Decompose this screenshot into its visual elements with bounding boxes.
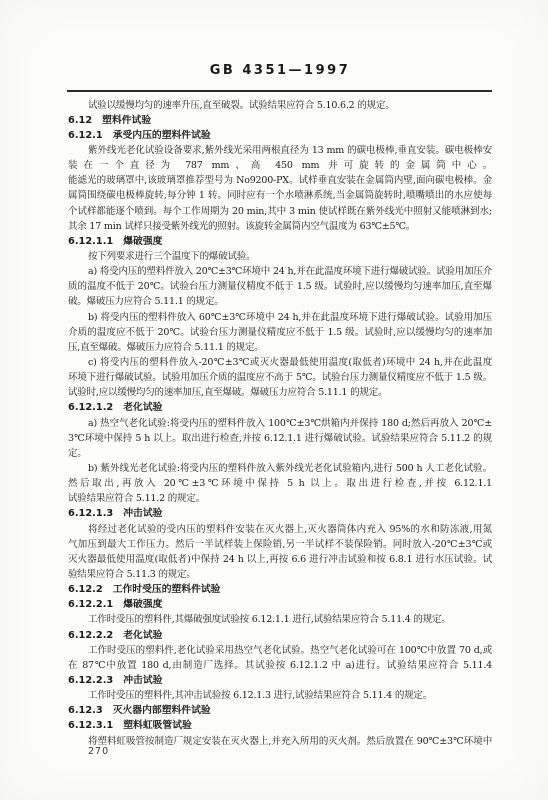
clause-number: 6.12.1.3 — [68, 508, 113, 519]
text-line: 属筒围绕碳电极棒旋转,每分钟 1 转。同时应有一个水喷淋系统,当金属筒旋转时,喷… — [68, 188, 492, 203]
text-line: 3℃环境中保持 5 h 以上。取出进行检查,并按 6.12.1.1 进行爆破试验… — [68, 431, 492, 446]
clause-heading: 6.12.1.1爆破强度 — [68, 234, 492, 249]
clause-heading: 6.12.2.3冲击试验 — [68, 673, 492, 688]
text-line: 压,直至爆破。爆破压力应符合 5.11.1 的规定。 — [68, 340, 492, 355]
text-line: 质的温度不低于 20℃。试验台压力测量仪精度不低于 1.5 级。试验时,应以缓慢… — [68, 279, 492, 294]
text-line: 紫外线光老化试验设备要求,紫外线光采用两根直径为 13 mm 的碳电极棒,垂直安… — [68, 143, 492, 158]
clause-title: 灭火器内部塑料件试验 — [113, 705, 211, 716]
standard-code-header: GB 4351—1997 — [68, 63, 492, 78]
text-line: 验结果应符合 5.11.3 的规定。 — [68, 567, 492, 582]
text-line: 将经过老化试验的受内压的塑料件安装在灭火器上,灭火器筒体内充入 95%的水和防冻… — [68, 522, 492, 537]
text-line: 其余 17 min 试样只接受紫外线光的照射。该旋转金属筒内空气温度为 63℃±… — [68, 219, 492, 234]
clause-number: 6.12.3 — [68, 705, 103, 716]
clause-number: 6.12.1.2 — [68, 402, 113, 413]
text-line: b) 将受内压的塑料件放入 60℃±3℃环境中 24 h,并在此温度环境下进行爆… — [68, 310, 492, 325]
clause-number: 6.12.2.3 — [68, 675, 113, 686]
text-line: 个试样都能逐个喷到。每个工作周期为 20 min,其中 3 min 使试样既在紫… — [68, 204, 492, 219]
clause-heading: 6.12.3灭火器内部塑料件试验 — [68, 703, 492, 718]
header-rule — [67, 90, 492, 92]
text-line: 能滤光的玻璃罩中,该玻璃罩推荐型号为 No9200-PX。试样垂直安装在金属筒内… — [68, 173, 492, 188]
clause-title: 冲击试验 — [123, 508, 162, 519]
clause-number: 6.12.2.1 — [68, 599, 113, 610]
clause-number: 6.12.1 — [68, 130, 103, 141]
text-line: 定。 — [68, 446, 492, 461]
clause-title: 老化试验 — [123, 630, 162, 641]
clause-title: 承受内压的塑料件试验 — [113, 130, 211, 141]
clause-heading: 6.12.1.3冲击试验 — [68, 506, 492, 521]
text-line: 破。爆破压力应符合 5.11.1 的规定。 — [68, 294, 492, 309]
text-line: 灭火器最低使用温度(取低者)中保持 24 h 以上,再按 6.6 进行冲击试验和… — [68, 552, 492, 567]
text-line: 介质的温度应不低于 20℃。试验台压力测量仪精度应不低于 1.5 级。试验时,应… — [68, 325, 492, 340]
clause-number: 6.12 — [68, 115, 92, 126]
clause-title: 老化试验 — [123, 402, 162, 413]
clause-heading: 6.12塑料件试验 — [68, 113, 492, 128]
clause-title: 爆破强度 — [123, 236, 162, 247]
clause-number: 6.12.3.1 — [68, 720, 113, 731]
clause-heading: 6.12.2.1爆破强度 — [68, 597, 492, 612]
document-lines: 试验以缓慢均匀的速率升压,直至破裂。试验结果应符合 5.10.6.2 的规定。6… — [68, 98, 492, 749]
text-line: 然后取出,再放入 20℃±3℃环境中保持 5 h 以上。取出进行检查,并按 6.… — [68, 476, 492, 491]
text-line: 在 87℃中放置 180 d,由制造厂选择。其试验按 6.12.1.2 中 a)… — [68, 658, 492, 673]
clause-title: 冲击试验 — [123, 675, 162, 686]
page-number: 270 — [88, 746, 109, 757]
text-line: c) 将受内压的塑料件放入-20℃±3℃或灭火器最低使用温度(取低者)环境中 2… — [68, 355, 492, 370]
clause-number: 6.12.2.2 — [68, 630, 113, 641]
text-line: 按下列要求进行三个温度下的爆破试验。 — [68, 249, 492, 264]
clause-heading: 6.12.1.2老化试验 — [68, 400, 492, 415]
clause-heading: 6.12.2.2老化试验 — [68, 628, 492, 643]
text-line: 试验结果应符合 5.11.2 的规定。 — [68, 491, 492, 506]
clause-title: 塑料虹吸管试验 — [123, 720, 192, 731]
text-line: 环境下进行爆破试验。试验用加压介质的温度应不高于 5℃。试验台压力测量仪精度应不… — [68, 370, 492, 385]
text-line: 试验以缓慢均匀的速率升压,直至破裂。试验结果应符合 5.10.6.2 的规定。 — [68, 98, 492, 113]
clause-title: 塑料件试验 — [102, 115, 151, 126]
text-line: a) 将受内压的塑料件放入 20℃±3℃环境中 24 h,并在此温度环境下进行爆… — [68, 264, 492, 279]
clause-title: 爆破强度 — [123, 599, 162, 610]
clause-heading: 6.12.2工作时受压的塑料件试验 — [68, 582, 492, 597]
clause-title: 工作时受压的塑料件试验 — [113, 584, 221, 595]
text-line: 装在一个直径为 787 mm、高 450 mm 并可旋转的金属筒中心。碳电极棒发… — [68, 158, 492, 173]
text-line: b) 紫外线光老化试验:将受内压的塑料件放入紫外线光老化试验箱内,进行 500 … — [68, 461, 492, 476]
text-line: 将塑料虹吸管按制造厂规定安装在灭火器上,并充入所用的灭火剂。然后放置在 90℃±… — [68, 734, 492, 749]
text-line: 工作时受压的塑料件,其冲击试验按 6.12.1.3 进行,试验结果应符合 5.1… — [68, 688, 492, 703]
clause-heading: 6.12.1承受内压的塑料件试验 — [68, 128, 492, 143]
clause-number: 6.12.2 — [68, 584, 103, 595]
text-line: 试验时,应以缓慢均匀的速率加压,直至爆破。爆破压力应符合 5.11.1 的规定。 — [68, 385, 492, 400]
clause-number: 6.12.1.1 — [68, 236, 113, 247]
text-line: 工作时受压的塑料件,老化试验采用热空气老化试验。热空气老化试验可在 100℃中放… — [68, 643, 492, 658]
clause-heading: 6.12.3.1塑料虹吸管试验 — [68, 718, 492, 733]
text-line: a) 热空气老化试验:将受内压的塑料件放入 100℃±3℃烘箱内并保持 180 … — [68, 416, 492, 431]
text-line: 工作时受压的塑料件,其爆破强度试验按 6.12.1.1 进行,试验结果应符合 5… — [68, 612, 492, 627]
text-line: 气加压到最大工作压力。然后一半试样装上保险销,另一半试样不装保险销。同时放入-2… — [68, 537, 492, 552]
scanned-document-page: GB 4351—1997 试验以缓慢均匀的速率升压,直至破裂。试验结果应符合 5… — [0, 0, 548, 800]
